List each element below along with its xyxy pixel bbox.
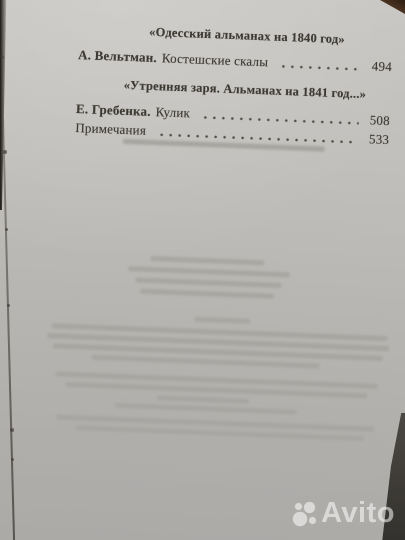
ghost-text-line xyxy=(115,403,297,415)
toc-entry-author: Е. Гребенка. xyxy=(76,101,151,120)
edge-speck xyxy=(3,150,7,154)
printed-content: «Одесский альманах на 1840 год» А. Вельт… xyxy=(0,0,405,540)
book-page: «Одесский альманах на 1840 год» А. Вельт… xyxy=(0,0,405,540)
edge-speck xyxy=(1,56,4,59)
toc-entry-page-number: 508 xyxy=(366,112,391,129)
avito-watermark-label: Avito xyxy=(321,499,395,528)
toc-entry-author: А. Вельтман. xyxy=(78,47,157,66)
edge-speck xyxy=(10,428,14,432)
table-of-contents: «Одесский альманах на 1840 год» А. Вельт… xyxy=(75,21,393,151)
ghost-text-line xyxy=(157,395,249,404)
ghost-text-layer xyxy=(11,0,405,8)
ghost-text-line xyxy=(128,266,290,277)
toc-entry-page-number: 533 xyxy=(365,131,390,148)
toc-section-heading-1: «Одесский альманах на 1840 год» xyxy=(79,21,393,49)
dot-leader xyxy=(199,114,359,125)
toc-entry-title: Примечания xyxy=(75,120,146,139)
avito-watermark: Avito xyxy=(292,499,395,528)
toc-entry-title: Костешские скалы xyxy=(162,50,269,70)
toc-entry-veltman: А. Вельтман. Костешские скалы 494 xyxy=(78,47,392,75)
edge-speck xyxy=(7,304,10,307)
dot-leader xyxy=(277,63,361,71)
ghost-text-line xyxy=(135,277,281,288)
toc-entry-title: Кулик xyxy=(155,104,190,121)
listing-photo: «Одесский альманах на 1840 год» А. Вельт… xyxy=(0,0,405,540)
toc-entry-page-number: 494 xyxy=(368,58,393,75)
ghost-text-line xyxy=(194,317,250,324)
ghost-text-line xyxy=(150,256,264,265)
ghost-text-line xyxy=(140,289,274,299)
edge-speck xyxy=(5,228,8,231)
avito-logo-icon xyxy=(292,500,318,527)
edge-speck xyxy=(11,458,14,461)
toc-section-heading-2: «Утренняя заря. Альманах на 1841 год...» xyxy=(77,75,391,103)
